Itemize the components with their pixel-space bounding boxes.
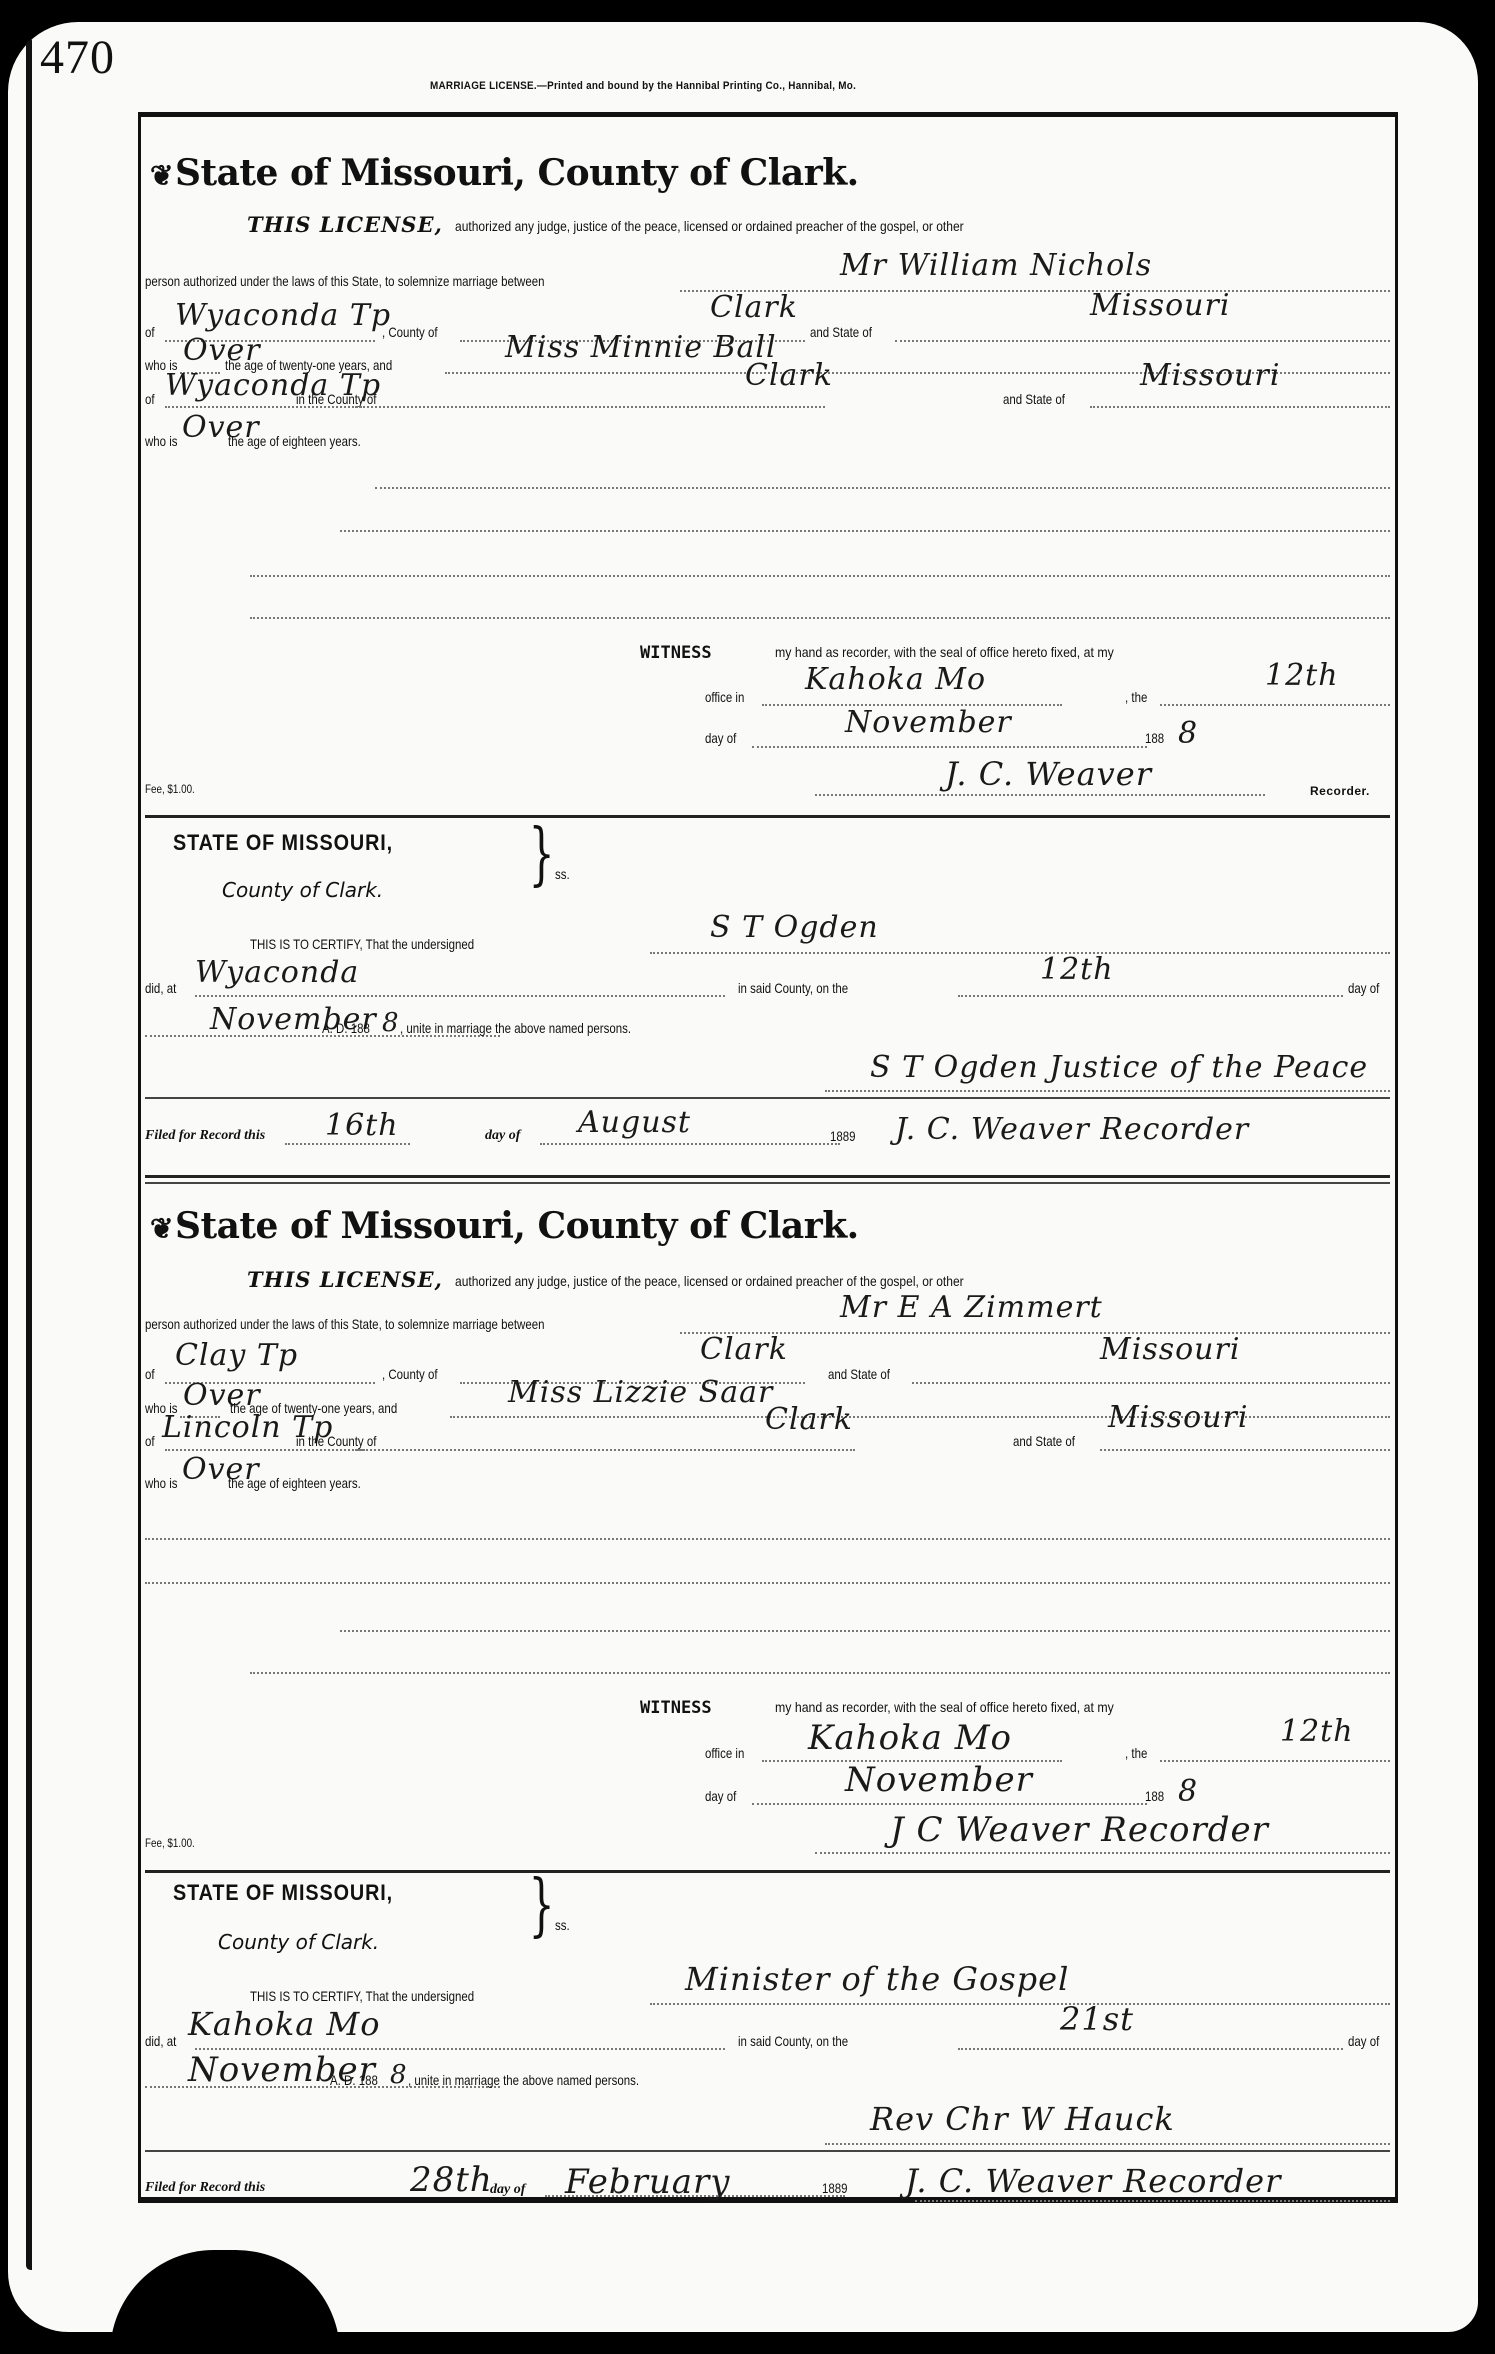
bride-state-line xyxy=(1100,1449,1390,1451)
filed-year: 1889 xyxy=(822,2180,848,2196)
cert-county: County of Clark. xyxy=(218,1930,379,1954)
bride-county: Clark xyxy=(765,1402,853,1437)
office-label: office in xyxy=(705,689,744,705)
filed-divider xyxy=(145,1097,1390,1099)
state-of-label: and State of xyxy=(828,1366,890,1382)
recorder-label: Recorder. xyxy=(1310,784,1370,798)
brace-icon: } xyxy=(529,1866,555,1945)
year-prefix: 188 xyxy=(1145,730,1164,746)
ornament-icon: ❦ xyxy=(150,159,173,192)
blank-line-1 xyxy=(375,487,1390,489)
did-at-label: did, at xyxy=(145,980,176,996)
bride-who-is-label: who is xyxy=(145,1475,178,1491)
blank-line-4 xyxy=(250,1672,1390,1674)
filed-signature: J. C. Weaver Recorder xyxy=(905,2162,1281,2200)
recorder-signature-line xyxy=(815,794,1265,796)
bride-name-line xyxy=(450,1416,1390,1418)
the-label: , the xyxy=(1125,1745,1147,1761)
year-suffix: 8 xyxy=(1178,716,1198,751)
blank-line-3 xyxy=(340,1630,1390,1632)
solemnize-label: person authorized under the laws of this… xyxy=(145,1316,544,1332)
bride-age-text: the age of eighteen years. xyxy=(228,433,361,449)
groom-state-line xyxy=(895,340,1390,342)
license-line-1: THIS LICENSE, xyxy=(247,1267,443,1292)
witness-text: my hand as recorder, with the seal of of… xyxy=(775,644,1114,660)
section-divider xyxy=(145,1870,1390,1873)
witness-month-line xyxy=(752,746,1147,748)
record-divider-b xyxy=(145,1182,1390,1184)
cert-state: STATE OF MISSOURI, xyxy=(173,830,393,856)
in-said-county-label: in said County, on the xyxy=(738,2033,848,2049)
certify-label: THIS IS TO CERTIFY, That the undersigned xyxy=(250,936,474,952)
bride-county-line xyxy=(355,1449,855,1451)
filed-day: 28th xyxy=(410,2160,493,2200)
witness-lead: WITNESS xyxy=(640,1698,712,1718)
witness-line: WITNESS xyxy=(640,643,712,663)
witness-month-line xyxy=(752,1803,1147,1805)
bride-county: Clark xyxy=(745,358,833,393)
officiant: S T Ogden xyxy=(710,910,879,945)
brace-icon: } xyxy=(529,815,555,894)
year-suffix: 8 xyxy=(1178,1774,1198,1809)
filed-day-of-label: day of xyxy=(490,2182,525,2198)
fee-label: Fee, $1.00. xyxy=(145,782,195,796)
bride-age-text: the age of eighteen years. xyxy=(228,1475,361,1491)
cert-ss: ss. xyxy=(555,1917,570,1933)
witness-day: 12th xyxy=(1280,1714,1354,1749)
filed-divider xyxy=(145,2150,1390,2152)
groom-name: Mr William Nichols xyxy=(840,248,1152,283)
section-divider xyxy=(145,815,1390,818)
cert-year-suffix: 8 xyxy=(382,1008,400,1038)
filed-signature-line xyxy=(915,2200,1390,2202)
bride-state-label: and State of xyxy=(1003,391,1065,407)
filed-label: Filed for Record this xyxy=(145,2180,265,2196)
unite-label: , unite in marriage the above named pers… xyxy=(400,1020,631,1036)
bride-state-label: and State of xyxy=(1013,1433,1075,1449)
license-heading: ❦State of Missouri, County of Clark. xyxy=(150,152,859,194)
filed-month: February xyxy=(565,2162,731,2202)
officiant-line xyxy=(650,2003,1390,2005)
filed-year: 1889 xyxy=(830,1128,856,1144)
filed-label: Filed for Record this xyxy=(145,1128,265,1144)
printer-imprint: MARRIAGE LICENSE.—Printed and bound by t… xyxy=(430,80,856,92)
license-line-1: THIS LICENSE, xyxy=(247,212,443,237)
groom-state: Missouri xyxy=(1100,1332,1240,1367)
ornament-icon: ❦ xyxy=(150,1212,173,1245)
recorder-signature: J. C. Weaver xyxy=(945,755,1152,793)
cert-year-suffix: 8 xyxy=(390,2060,408,2090)
in-said-county-label: in said County, on the xyxy=(738,980,848,996)
place-line xyxy=(195,995,725,997)
unite-label: , unite in marriage the above named pers… xyxy=(408,2072,639,2088)
page-number: 470 xyxy=(40,30,115,85)
witness-day-line xyxy=(1160,1760,1390,1762)
cert-place: Kahoka Mo xyxy=(188,2005,381,2043)
license-heading: ❦State of Missouri, County of Clark. xyxy=(150,1205,859,1247)
county-of-label: , County of xyxy=(382,324,438,340)
witness-text: my hand as recorder, with the seal of of… xyxy=(775,1699,1114,1715)
groom-residence: Wyaconda Tp xyxy=(175,298,391,333)
office-place: Kahoka Mo xyxy=(805,662,986,697)
ad-label: A. D. 188 xyxy=(330,2072,378,2088)
solemnize-label: person authorized under the laws of this… xyxy=(145,273,544,289)
officiant-signature-line xyxy=(825,1090,1390,1092)
in-county-label: in the County of xyxy=(296,1433,376,1449)
the-label: , the xyxy=(1125,689,1147,705)
cert-day-line xyxy=(958,2048,1343,2050)
cert-day: 12th xyxy=(1040,952,1114,987)
bride-county-line xyxy=(355,406,825,408)
bride-state-line xyxy=(1090,406,1390,408)
license-line-1-text: authorized any judge, justice of the pea… xyxy=(455,218,964,234)
officiant-signature: Rev Chr W Hauck xyxy=(870,2100,1175,2138)
office-label: office in xyxy=(705,1745,744,1761)
office-place: Kahoka Mo xyxy=(808,1718,1012,1758)
blank-line-4 xyxy=(250,617,1390,619)
license-line-1-text: authorized any judge, justice of the pea… xyxy=(455,1273,964,1289)
blank-line-3 xyxy=(250,575,1390,577)
recorder-signature-line xyxy=(815,1852,1390,1854)
cert-day: 21st xyxy=(1060,2000,1134,2038)
county-of-label: , County of xyxy=(382,1366,438,1382)
ad-label: A. D. 188 xyxy=(322,1020,370,1036)
witness-month: November xyxy=(845,1760,1033,1800)
bride-state: Missouri xyxy=(1140,358,1280,393)
officiant-signature-line xyxy=(825,2143,1390,2145)
did-at-label: did, at xyxy=(145,2033,176,2049)
bride-who-is-label: who is xyxy=(145,433,178,449)
groom-state-line xyxy=(912,1382,1390,1384)
officiant-line xyxy=(650,952,1390,954)
day-of-label: day of xyxy=(705,1788,736,1804)
blank-line-2 xyxy=(145,1582,1390,1584)
blank-line-1 xyxy=(145,1538,1390,1540)
bride-name: Miss Lizzie Saar xyxy=(508,1375,773,1410)
witness-day-line xyxy=(1160,704,1390,706)
fee-label: Fee, $1.00. xyxy=(145,1836,195,1850)
license-lead: THIS LICENSE, xyxy=(247,1267,443,1292)
bride-name: Miss Minnie Ball xyxy=(505,330,777,365)
in-county-label: in the County of xyxy=(296,391,376,407)
recorder-signature: J C Weaver Recorder xyxy=(890,1810,1269,1850)
groom-of-label: of xyxy=(145,1366,155,1382)
filed-day-line xyxy=(285,1143,410,1145)
filed-month-line xyxy=(540,1143,840,1145)
witness-lead: WITNESS xyxy=(640,643,712,663)
groom-state: Missouri xyxy=(1090,288,1230,323)
certify-label: THIS IS TO CERTIFY, That the undersigned xyxy=(250,1988,474,2004)
groom-county: Clark xyxy=(710,290,798,325)
witness-day: 12th xyxy=(1265,658,1339,693)
filed-day: 16th xyxy=(325,1108,399,1143)
witness-line: WITNESS xyxy=(640,1698,712,1718)
page-binding-edge xyxy=(26,40,32,2270)
groom-of-label: of xyxy=(145,324,155,340)
bride-of-label: of xyxy=(145,391,155,407)
witness-month: November xyxy=(845,705,1012,740)
record-divider-a xyxy=(145,1175,1390,1178)
bride-residence-line xyxy=(165,1449,365,1451)
bride-state: Missouri xyxy=(1108,1400,1248,1435)
cert-state: STATE OF MISSOURI, xyxy=(173,1880,393,1906)
filed-signature: J. C. Weaver Recorder xyxy=(895,1112,1249,1147)
filed-month: August xyxy=(578,1105,691,1140)
day-of-label: day of xyxy=(705,730,736,746)
year-prefix: 188 xyxy=(1145,1788,1164,1804)
state-of-label: and State of xyxy=(810,324,872,340)
bride-of-label: of xyxy=(145,1433,155,1449)
license-lead: THIS LICENSE, xyxy=(247,212,443,237)
cert-day-line xyxy=(958,995,1343,997)
groom-residence: Clay Tp xyxy=(175,1338,298,1373)
groom-county: Clark xyxy=(700,1332,788,1367)
officiant: Minister of the Gospel xyxy=(685,1960,1069,1998)
cert-place: Wyaconda xyxy=(195,955,359,990)
cert-ss: ss. xyxy=(555,866,570,882)
blank-line-2 xyxy=(340,530,1390,532)
cert-county: County of Clark. xyxy=(222,878,383,902)
officiant-signature: S T Ogden Justice of the Peace xyxy=(870,1050,1368,1085)
cert-day-of-label: day of xyxy=(1348,2033,1379,2049)
filed-day-of-label: day of xyxy=(485,1128,520,1144)
groom-name: Mr E A Zimmert xyxy=(840,1290,1103,1325)
cert-day-of-label: day of xyxy=(1348,980,1379,996)
